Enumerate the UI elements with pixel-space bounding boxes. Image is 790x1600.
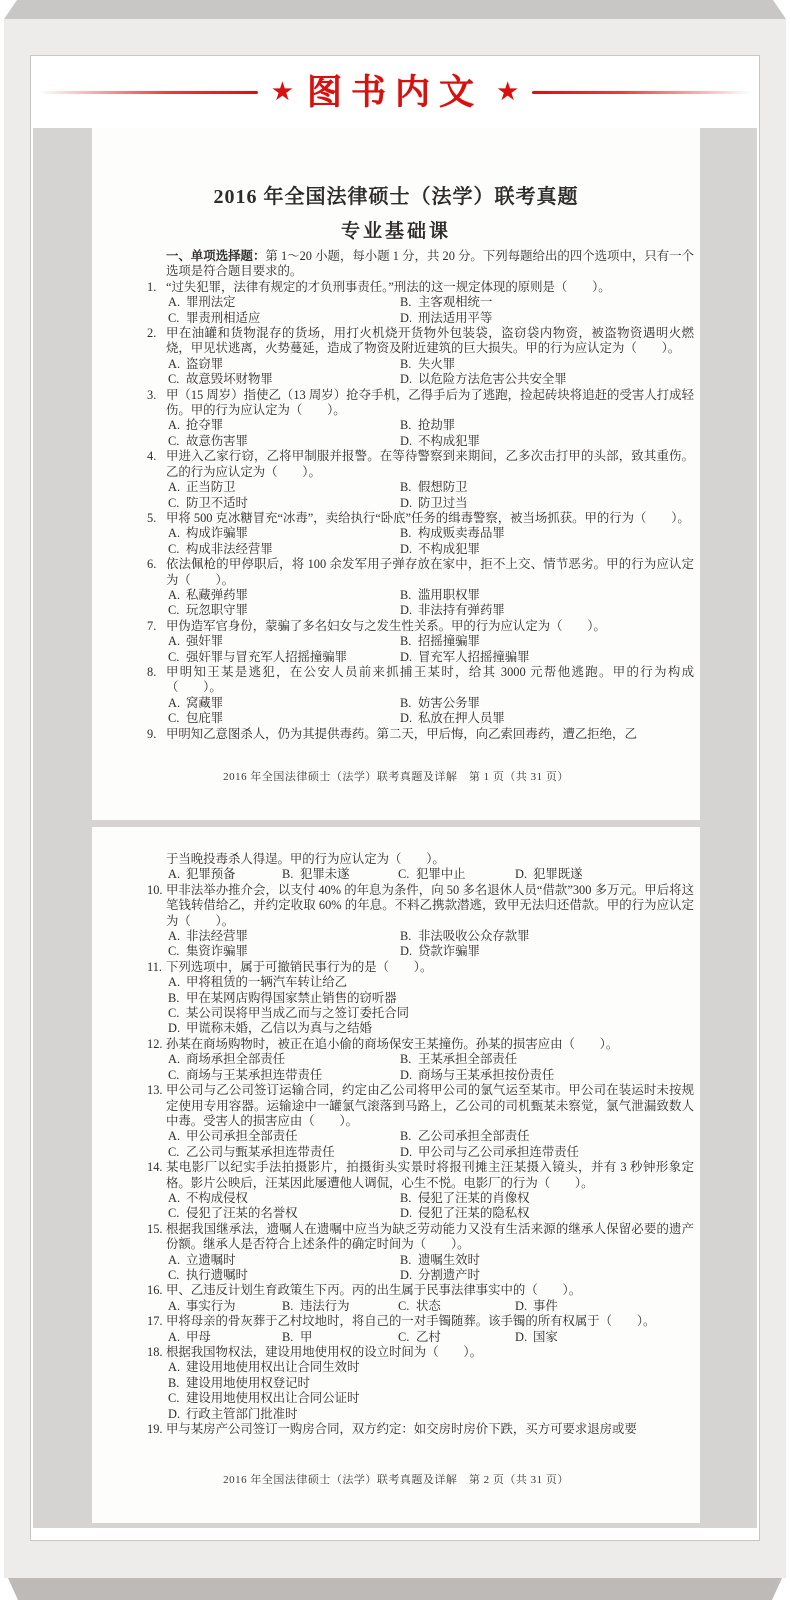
option-text: 甲谎称未婚，乙信以为真与之结婚 [186, 1021, 372, 1035]
option-label: D. [515, 867, 533, 882]
question-item: 14.某电影厂以纪实手法拍摄影片，拍摄街头实景时将报刊摊主汪某摄入镜头，并有 3… [147, 1160, 694, 1222]
option-item: D.犯罪既遂 [515, 867, 694, 882]
option-label: A. [168, 867, 186, 882]
option-item: A.窝藏罪 [168, 696, 400, 711]
option-text: 假想防卫 [418, 480, 468, 494]
option-text: 王某承担全部责任 [418, 1052, 517, 1066]
option-item: C.故意毁坏财物罪 [168, 372, 400, 387]
question-number: 4. [147, 449, 166, 464]
option-item: D.甲公司与乙公司承担连带责任 [400, 1145, 694, 1160]
option-item: B.王某承担全部责任 [400, 1052, 694, 1067]
option-item: C.罪责刑相适应 [168, 311, 400, 326]
banner-line-right [532, 91, 751, 94]
options-group: A.窝藏罪B.妨害公务罪C.包庇罪D.私放在押人员罪 [166, 696, 694, 727]
options-group: A.非法经营罪B.非法吸收公众存款罪C.集资诈骗罪D.贷款诈骗罪 [166, 929, 694, 960]
option-text: 甲公司与乙公司承担连带责任 [418, 1145, 579, 1159]
option-item: B.主客观相统一 [400, 295, 694, 310]
page-footer: 2016 年全国法律硕士（法学）联考真题及详解 第 1 页（共 31 页） [92, 768, 700, 784]
question-list: 于当晚投毒杀人得逞。甲的行为应认定为（ ）。A.犯罪预备B.犯罪未遂C.犯罪中止… [92, 827, 700, 1437]
option-text: 乙公司与甄某承担连带责任 [186, 1145, 335, 1159]
question-number: 1. [147, 280, 166, 295]
option-text: 侵犯了汪某的肖像权 [418, 1191, 530, 1205]
question-number: 13. [147, 1083, 166, 1098]
option-item: C.包庇罪 [168, 711, 400, 726]
option-item: B.招摇撞骗罪 [400, 634, 694, 649]
option-item: B.失火罪 [400, 357, 694, 372]
option-item: A.不构成侵权 [168, 1191, 400, 1206]
option-label: B. [400, 526, 418, 541]
option-item: B.乙公司承担全部责任 [400, 1129, 694, 1144]
question-number: 18. [147, 1345, 166, 1360]
page-footer: 2016 年全国法律硕士（法学）联考真题及详解 第 2 页（共 31 页） [92, 1471, 700, 1487]
content-panel: ★ 图书内文 ★ 2016 年全国法律硕士（法学）联考真题 专业基础课 一、单项… [30, 55, 760, 1541]
option-item: D.贷款诈骗罪 [400, 944, 694, 959]
option-label: D. [400, 372, 418, 387]
question-text: 依法佩枪的甲停职后，将 100 余发军用子弹存放在家中，拒不上交、情节恶劣。甲的… [166, 557, 694, 586]
option-text: 防卫过当 [418, 496, 468, 510]
option-label: A. [168, 1330, 186, 1345]
option-text: 冒充军人招摇撞骗罪 [418, 650, 530, 664]
option-text: 非法吸收公众存款罪 [418, 929, 530, 943]
question-list: 一、单项选择题：第 1～20 小题，每小题 1 分，共 20 分。下列每题给出的… [92, 243, 700, 742]
option-item: A.甲将租赁的一辆汽车转让给乙 [168, 975, 694, 990]
option-text: 乙公司承担全部责任 [418, 1129, 530, 1143]
options-group: A.私藏弹药罪B.滥用职权罪C.玩忽职守罪D.非法持有弹药罪 [166, 588, 694, 619]
options-group: A.构成诈骗罪B.构成贩卖毒品罪C.构成非法经营罪D.不构成犯罪 [166, 526, 694, 557]
option-item: D.防卫过当 [400, 496, 694, 511]
question-text: 孙某在商场购物时，被正在追小偷的商场保安王某撞伤。孙某的损害应由（ ）。 [166, 1037, 618, 1051]
option-label: B. [400, 1052, 418, 1067]
option-item: D.非法持有弹药罪 [400, 603, 694, 618]
option-label: C. [168, 1268, 186, 1283]
option-item: A.建设用地使用权出让合同生效时 [168, 1360, 694, 1375]
option-label: B. [400, 357, 418, 372]
option-item: A.犯罪预备 [168, 867, 282, 882]
option-text: 行政主管部门批准时 [186, 1407, 298, 1421]
option-text: 犯罪未遂 [300, 867, 350, 881]
options-group: A.强奸罪B.招摇撞骗罪C.强奸罪与冒充军人招摇撞骗罪D.冒充军人招摇撞骗罪 [166, 634, 694, 665]
option-text: 构成贩卖毒品罪 [418, 526, 505, 540]
question-item: 1.“过失犯罪，法律有规定的才负刑事责任。”刑法的这一规定体现的原则是（ ）。A… [147, 280, 694, 326]
question-text: 于当晚投毒杀人得逞。甲的行为应认定为（ ）。 [166, 852, 445, 866]
option-label: C. [168, 542, 186, 557]
option-text: 商场承担全部责任 [186, 1052, 285, 1066]
question-text: 甲公司与乙公司签订运输合同，约定由乙公司将甲公司的氯气运至某市。甲公司在装运时未… [166, 1083, 694, 1128]
option-item: C.执行遗嘱时 [168, 1268, 400, 1283]
question-item: 16.甲、乙违反计划生育政策生下丙。丙的出生属于民事法律事实中的（ ）。A.事实… [147, 1283, 694, 1314]
question-number: 7. [147, 619, 166, 634]
question-item: 19.甲与某房产公司签订一购房合同，双方约定：如交房时房价下跌，买方可要求退房或… [147, 1422, 694, 1437]
option-item: B.妨害公务罪 [400, 696, 694, 711]
section-label: 一、单项选择题： [166, 249, 265, 263]
option-item: D.以危险方法危害公共安全罪 [400, 372, 694, 387]
option-text: 罪责刑相适应 [186, 311, 260, 325]
question-text: 甲将 500 克冰糖冒充“冰毒”，卖给执行“卧底”任务的缉毒警察，被当场抓获。甲… [166, 511, 690, 525]
banner-title: 图书内文 [307, 75, 483, 110]
question-text: 下列选项中，属于可撤销民事行为的是（ ）。 [166, 960, 432, 974]
option-label: D. [400, 542, 418, 557]
option-item: C.强奸罪与冒充军人招摇撞骗罪 [168, 650, 400, 665]
question-item: 于当晚投毒杀人得逞。甲的行为应认定为（ ）。A.犯罪预备B.犯罪未遂C.犯罪中止… [147, 852, 694, 883]
option-label: C. [168, 311, 186, 326]
option-text: 侵犯了汪某的名誉权 [186, 1206, 298, 1220]
question-text: 甲、乙违反计划生育政策生下丙。丙的出生属于民事法律事实中的（ ）。 [166, 1283, 581, 1297]
option-text: 强奸罪 [186, 634, 223, 648]
option-label: C. [168, 434, 186, 449]
question-text: 根据我国物权法，建设用地使用权的设立时间为（ ）。 [166, 1345, 482, 1359]
option-item: B.构成贩卖毒品罪 [400, 526, 694, 541]
option-label: B. [400, 480, 418, 495]
options-group: A.事实行为B.违法行为C.状态D.事件 [166, 1299, 694, 1314]
option-text: 刑法适用平等 [418, 311, 492, 325]
option-text: 正当防卫 [186, 480, 236, 494]
option-item: D.不构成犯罪 [400, 434, 694, 449]
option-label: A. [168, 418, 186, 433]
option-text: 某公司误将甲当成乙而与之签订委托合同 [186, 1006, 409, 1020]
option-label: B. [400, 1191, 418, 1206]
question-number: 16. [147, 1283, 166, 1298]
option-text: 执行遗嘱时 [186, 1268, 248, 1282]
options-group: A.正当防卫B.假想防卫C.防卫不适时D.防卫过当 [166, 480, 694, 511]
question-number: 2. [147, 326, 166, 341]
option-label: B. [282, 1330, 300, 1345]
option-text: 防卫不适时 [186, 496, 248, 510]
option-text: 犯罪中止 [416, 867, 466, 881]
option-text: 抢夺罪 [186, 418, 223, 432]
option-label: B. [400, 929, 418, 944]
option-label: D. [400, 1268, 418, 1283]
option-label: A. [168, 975, 186, 990]
option-item: B.侵犯了汪某的肖像权 [400, 1191, 694, 1206]
option-text: 私放在押人员罪 [418, 711, 505, 725]
options-group: A.甲将租赁的一辆汽车转让给乙B.甲在某网店购得国家禁止销售的窃听器C.某公司误… [166, 975, 694, 1037]
option-label: B. [400, 588, 418, 603]
option-label: D. [400, 496, 418, 511]
option-label: A. [168, 588, 186, 603]
option-item: C.犯罪中止 [398, 867, 515, 882]
option-text: 分割遗产时 [418, 1268, 480, 1282]
question-item: 7.甲伪造军官身份，蒙骗了多名妇女与之发生性关系。甲的行为应认定为（ ）。A.强… [147, 619, 694, 665]
scanned-page-1: 2016 年全国法律硕士（法学）联考真题 专业基础课 一、单项选择题：第 1～2… [92, 128, 700, 820]
option-text: 犯罪预备 [186, 867, 236, 881]
option-text: 甲母 [186, 1330, 211, 1344]
slab-top-face [0, 0, 790, 19]
question-item: 3.甲（15 周岁）指使乙（13 周岁）抢夺手机，乙得手后为了逃跑，捡起砖块将追… [147, 388, 694, 450]
question-text: “过失犯罪，法律有规定的才负刑事责任。”刑法的这一规定体现的原则是（ ）。 [166, 280, 611, 294]
option-text: 不构成侵权 [186, 1191, 248, 1205]
banner-line-left [39, 91, 258, 94]
option-text: 状态 [416, 1299, 441, 1313]
option-text: 主客观相统一 [418, 295, 492, 309]
option-label: A. [168, 1299, 186, 1314]
scanned-page-2: 于当晚投毒杀人得逞。甲的行为应认定为（ ）。A.犯罪预备B.犯罪未遂C.犯罪中止… [92, 827, 700, 1523]
option-label: C. [168, 603, 186, 618]
question-item: 12.孙某在商场购物时，被正在追小偷的商场保安王某撞伤。孙某的损害应由（ ）。A… [147, 1037, 694, 1083]
question-text: 某电影厂以纪实手法拍摄影片，拍摄街头实景时将报刊摊主汪某摄入镜头，并有 3 秒钟… [166, 1160, 694, 1189]
option-item: A.构成诈骗罪 [168, 526, 400, 541]
question-text: 根据我国继承法，遗嘱人在遗嘱中应当为缺乏劳动能力又没有生活来源的继承人保留必要的… [166, 1222, 694, 1251]
options-group: A.犯罪预备B.犯罪未遂C.犯罪中止D.犯罪既遂 [166, 867, 694, 882]
option-label: D. [400, 1206, 418, 1221]
question-number: 8. [147, 665, 166, 680]
option-label: C. [168, 711, 186, 726]
question-item: 一、单项选择题：第 1～20 小题，每小题 1 分，共 20 分。下列每题给出的… [147, 249, 694, 280]
option-item: C.集资诈骗罪 [168, 944, 400, 959]
options-group: A.抢夺罪B.抢劫罪C.故意伤害罪D.不构成犯罪 [166, 418, 694, 449]
option-label: B. [400, 295, 418, 310]
option-item: A.盗窃罪 [168, 357, 400, 372]
book-content-banner: ★ 图书内文 ★ [39, 68, 751, 116]
book-preview-screenshot: ★ 图书内文 ★ 2016 年全国法律硕士（法学）联考真题 专业基础课 一、单项… [0, 0, 790, 1600]
options-group: A.商场承担全部责任B.王某承担全部责任C.商场与王某承担连带责任D.商场与王某… [166, 1052, 694, 1083]
option-item: D.冒充军人招摇撞骗罪 [400, 650, 694, 665]
question-number: 5. [147, 511, 166, 526]
option-text: 犯罪既遂 [533, 867, 583, 881]
option-label: C. [168, 1145, 186, 1160]
option-item: C.乙村 [398, 1330, 515, 1345]
option-text: 罪刑法定 [186, 295, 236, 309]
option-item: A.非法经营罪 [168, 929, 400, 944]
options-group: A.建设用地使用权出让合同生效时B.建设用地使用权登记时C.建设用地使用权出让合… [166, 1360, 694, 1422]
option-text: 强奸罪与冒充军人招摇撞骗罪 [186, 650, 347, 664]
option-text: 私藏弹药罪 [186, 588, 248, 602]
option-label: C. [398, 1330, 416, 1345]
option-text: 甲将租赁的一辆汽车转让给乙 [186, 975, 347, 989]
question-item: 13.甲公司与乙公司签订运输合同，约定由乙公司将甲公司的氯气运至某市。甲公司在装… [147, 1083, 694, 1160]
option-text: 招摇撞骗罪 [418, 634, 480, 648]
option-text: 不构成犯罪 [418, 542, 480, 556]
option-text: 甲 [300, 1330, 312, 1344]
option-item: C.状态 [398, 1299, 515, 1314]
option-text: 贷款诈骗罪 [418, 944, 480, 958]
option-item: D.商场与王某承担按份责任 [400, 1068, 694, 1083]
options-group: A.不构成侵权B.侵犯了汪某的肖像权C.侵犯了汪某的名誉权D.侵犯了汪某的隐私权 [166, 1191, 694, 1222]
option-text: 违法行为 [300, 1299, 350, 1313]
option-item: D.刑法适用平等 [400, 311, 694, 326]
option-text: 包庇罪 [186, 711, 223, 725]
option-label: C. [168, 944, 186, 959]
question-number: 11. [147, 960, 166, 975]
question-text: 甲与某房产公司签订一购房合同，双方约定：如交房时房价下跌，买方可要求退房或要 [166, 1422, 637, 1436]
option-label: B. [168, 1376, 186, 1391]
question-number: 15. [147, 1222, 166, 1237]
option-label: B. [400, 418, 418, 433]
option-text: 不构成犯罪 [418, 434, 480, 448]
option-label: B. [168, 991, 186, 1006]
preview-card: ★ 图书内文 ★ 2016 年全国法律硕士（法学）联考真题 专业基础课 一、单项… [4, 19, 786, 1578]
option-label: D. [515, 1299, 533, 1314]
option-label: A. [168, 1052, 186, 1067]
option-item: A.抢夺罪 [168, 418, 400, 433]
option-label: D. [400, 944, 418, 959]
option-item: D.私放在押人员罪 [400, 711, 694, 726]
question-item: 8.甲明知王某是逃犯，在公安人员前来抓捕王某时，给其 3000 元帮他逃跑。甲的… [147, 665, 694, 727]
option-text: 集资诈骗罪 [186, 944, 248, 958]
option-label: D. [168, 1407, 186, 1422]
question-text: 甲伪造军官身份，蒙骗了多名妇女与之发生性关系。甲的行为应认定为（ ）。 [166, 619, 606, 633]
page-scan-background: 2016 年全国法律硕士（法学）联考真题 专业基础课 一、单项选择题：第 1～2… [33, 128, 757, 1528]
option-item: D.侵犯了汪某的隐私权 [400, 1206, 694, 1221]
option-item: D.甲谎称未婚，乙信以为真与之结婚 [168, 1021, 694, 1036]
option-label: C. [168, 1206, 186, 1221]
options-group: A.甲公司承担全部责任B.乙公司承担全部责任C.乙公司与甄某承担连带责任D.甲公… [166, 1129, 694, 1160]
option-label: D. [400, 434, 418, 449]
option-text: 甲公司承担全部责任 [186, 1129, 298, 1143]
option-label: C. [168, 372, 186, 387]
option-item: B.假想防卫 [400, 480, 694, 495]
question-item: 10.甲非法举办推介会，以支付 40% 的年息为条件，向 50 多名退休人员“借… [147, 883, 694, 960]
option-item: C.玩忽职守罪 [168, 603, 400, 618]
option-item: A.甲公司承担全部责任 [168, 1129, 400, 1144]
question-number: 17. [147, 1314, 166, 1329]
option-label: B. [282, 867, 300, 882]
option-item: A.私藏弹药罪 [168, 588, 400, 603]
question-number: 10. [147, 883, 166, 898]
option-item: D.事件 [515, 1299, 694, 1314]
option-text: 玩忽职守罪 [186, 603, 248, 617]
option-text: 故意伤害罪 [186, 434, 248, 448]
option-text: 侵犯了汪某的隐私权 [418, 1206, 530, 1220]
option-text: 甲在某网店购得国家禁止销售的窃听器 [186, 991, 397, 1005]
question-number: 3. [147, 388, 166, 403]
question-item: 17.甲将母亲的骨灰葬于乙村坟地时，将自己的一对手镯随葬。该手镯的所有权属于（ … [147, 1314, 694, 1345]
option-item: C.构成非法经营罪 [168, 542, 400, 557]
star-icon: ★ [496, 79, 519, 105]
options-group: A.立遗嘱时B.遗嘱生效时C.执行遗嘱时D.分割遗产时 [166, 1253, 694, 1284]
option-item: A.强奸罪 [168, 634, 400, 649]
option-text: 遗嘱生效时 [418, 1253, 480, 1267]
option-item: A.立遗嘱时 [168, 1253, 400, 1268]
option-label: A. [168, 1129, 186, 1144]
question-number: 6. [147, 557, 166, 572]
slab-bottom-face [0, 1578, 790, 1600]
option-text: 构成诈骗罪 [186, 526, 248, 540]
option-label: A. [168, 1191, 186, 1206]
option-item: C.建设用地使用权出让合同公证时 [168, 1391, 694, 1406]
option-item: B.犯罪未遂 [282, 867, 398, 882]
option-item: B.甲 [282, 1330, 398, 1345]
option-label: A. [168, 634, 186, 649]
page-title: 2016 年全国法律硕士（法学）联考真题 [92, 180, 700, 209]
option-label: B. [400, 1129, 418, 1144]
options-group: A.罪刑法定B.主客观相统一C.罪责刑相适应D.刑法适用平等 [166, 295, 694, 326]
question-item: 11.下列选项中，属于可撤销民事行为的是（ ）。A.甲将租赁的一辆汽车转让给乙B… [147, 960, 694, 1037]
option-item: D.分割遗产时 [400, 1268, 694, 1283]
option-label: A. [168, 480, 186, 495]
option-label: C. [168, 1068, 186, 1083]
option-label: D. [400, 603, 418, 618]
question-text: 甲明知乙意图杀人，仍为其提供毒药。第二天，甲后悔，向乙索回毒药，遭乙拒绝，乙 [166, 727, 637, 741]
option-label: B. [400, 696, 418, 711]
option-label: A. [168, 357, 186, 372]
question-number: 19. [147, 1422, 166, 1437]
question-text: 甲（15 周岁）指使乙（13 周岁）抢夺手机，乙得手后为了逃跑，捡起砖块将追赶的… [166, 388, 694, 417]
question-text: 甲将母亲的骨灰葬于乙村坟地时，将自己的一对手镯随葬。该手镯的所有权属于（ ）。 [166, 1314, 655, 1328]
option-label: A. [168, 526, 186, 541]
option-item: A.正当防卫 [168, 480, 400, 495]
option-label: C. [398, 867, 416, 882]
option-item: B.滥用职权罪 [400, 588, 694, 603]
option-item: B.非法吸收公众存款罪 [400, 929, 694, 944]
option-text: 非法经营罪 [186, 929, 248, 943]
option-item: D.行政主管部门批准时 [168, 1407, 694, 1422]
option-item: C.乙公司与甄某承担连带责任 [168, 1145, 400, 1160]
question-item: 18.根据我国物权法，建设用地使用权的设立时间为（ ）。A.建设用地使用权出让合… [147, 1345, 694, 1422]
question-text: 甲在油罐和货物混存的货场，用打火机烧开货物外包装袋，盗窃袋内物资，被盗物资遇明火… [166, 326, 694, 355]
options-group: A.甲母B.甲C.乙村D.国家 [166, 1330, 694, 1345]
option-text: 滥用职权罪 [418, 588, 480, 602]
option-item: D.不构成犯罪 [400, 542, 694, 557]
option-label: A. [168, 295, 186, 310]
option-item: A.商场承担全部责任 [168, 1052, 400, 1067]
option-text: 建设用地使用权出让合同生效时 [186, 1360, 359, 1374]
option-label: C. [168, 496, 186, 511]
option-label: A. [168, 1360, 186, 1375]
option-text: 窝藏罪 [186, 696, 223, 710]
option-item: B.甲在某网店购得国家禁止销售的窃听器 [168, 991, 694, 1006]
option-label: D. [400, 650, 418, 665]
option-text: 妨害公务罪 [418, 696, 480, 710]
options-group: A.盗窃罪B.失火罪C.故意毁坏财物罪D.以危险方法危害公共安全罪 [166, 357, 694, 388]
question-number: 14. [147, 1160, 166, 1175]
option-text: 以危险方法危害公共安全罪 [418, 372, 567, 386]
option-item: C.侵犯了汪某的名誉权 [168, 1206, 400, 1221]
question-item: 4.甲进入乙家行窃，乙将甲制服并报警。在等待警察到来期间，乙多次击打甲的头部，致… [147, 449, 694, 511]
option-label: C. [168, 650, 186, 665]
option-label: A. [168, 929, 186, 944]
option-text: 故意毁坏财物罪 [186, 372, 273, 386]
question-number: 12. [147, 1037, 166, 1052]
option-label: B. [282, 1299, 300, 1314]
option-label: B. [400, 634, 418, 649]
option-item: C.商场与王某承担连带责任 [168, 1068, 400, 1083]
option-item: B.违法行为 [282, 1299, 398, 1314]
option-item: C.防卫不适时 [168, 496, 400, 511]
option-label: C. [168, 1391, 186, 1406]
option-label: C. [168, 1006, 186, 1021]
option-text: 抢劫罪 [418, 418, 455, 432]
question-item: 15.根据我国继承法，遗嘱人在遗嘱中应当为缺乏劳动能力又没有生活来源的继承人保留… [147, 1222, 694, 1284]
option-item: C.某公司误将甲当成乙而与之签订委托合同 [168, 1006, 694, 1021]
option-label: D. [168, 1021, 186, 1036]
question-item: 9.甲明知乙意图杀人，仍为其提供毒药。第二天，甲后悔，向乙索回毒药，遭乙拒绝，乙 [147, 727, 694, 742]
option-item: A.罪刑法定 [168, 295, 400, 310]
option-text: 事件 [533, 1299, 558, 1313]
question-item: 2.甲在油罐和货物混存的货场，用打火机烧开货物外包装袋，盗窃袋内物资，被盗物资遇… [147, 326, 694, 388]
question-text: 甲非法举办推介会，以支付 40% 的年息为条件，向 50 多名退休人员“借款”3… [166, 883, 694, 928]
option-item: A.事实行为 [168, 1299, 282, 1314]
option-item: B.建设用地使用权登记时 [168, 1376, 694, 1391]
option-text: 建设用地使用权出让合同公证时 [186, 1391, 359, 1405]
option-item: C.故意伤害罪 [168, 434, 400, 449]
question-item: 6.依法佩枪的甲停职后，将 100 余发军用子弹存放在家中，拒不上交、情节恶劣。… [147, 557, 694, 619]
question-item: 5.甲将 500 克冰糖冒充“冰毒”，卖给执行“卧底”任务的缉毒警察，被当场抓获… [147, 511, 694, 557]
option-label: D. [400, 311, 418, 326]
option-label: D. [400, 1145, 418, 1160]
option-label: C. [398, 1299, 416, 1314]
option-text: 国家 [533, 1330, 558, 1344]
option-text: 事实行为 [186, 1299, 236, 1313]
question-text: 甲进入乙家行窃，乙将甲制服并报警。在等待警察到来期间，乙多次击打甲的头部，致其重… [166, 449, 694, 478]
option-text: 失火罪 [418, 357, 455, 371]
option-item: B.抢劫罪 [400, 418, 694, 433]
option-item: B.遗嘱生效时 [400, 1253, 694, 1268]
option-label: D. [400, 711, 418, 726]
option-item: D.国家 [515, 1330, 694, 1345]
option-item: A.甲母 [168, 1330, 282, 1345]
option-label: D. [515, 1330, 533, 1345]
option-text: 商场与王某承担按份责任 [418, 1068, 554, 1082]
